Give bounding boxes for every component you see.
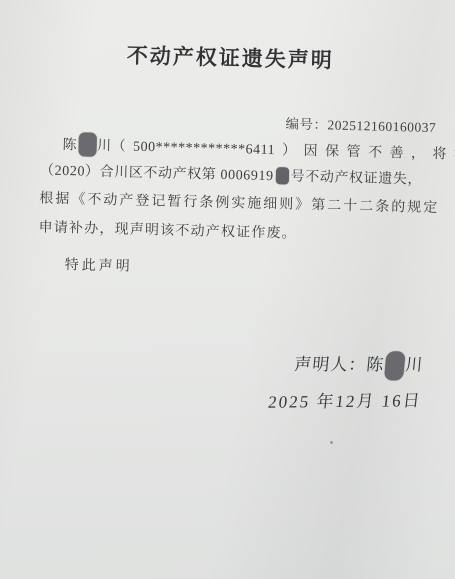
- certificate-number-prefix: （2020）合川区不动产权第 0006919: [40, 163, 274, 184]
- document-number-label: 编号：: [285, 116, 327, 132]
- body-line-2-text: 号不动产权证遗失，: [290, 169, 422, 187]
- declaration-document: 不动产权证遗失声明 编号：202512160160037 陈川（ 500****…: [0, 0, 455, 579]
- signature-line: 声明人：陈川: [293, 350, 425, 380]
- signature-label: 声明人：: [294, 355, 368, 374]
- body-line-1-text: （ 500************6411 ） 因 保 管 不 善 ， 将 渝: [111, 139, 455, 163]
- signature-name-last: 川: [405, 355, 425, 374]
- declarant-name-first: 陈: [62, 138, 77, 153]
- redaction-blob-signature: [384, 351, 406, 380]
- document-photo: 不动产权证遗失声明 编号：202512160160037 陈川（ 500****…: [0, 0, 455, 579]
- signature-name-first: 陈: [366, 355, 386, 374]
- document-number-value: 202512160160037: [327, 117, 436, 135]
- declaration-body: 陈川（ 500************6411 ） 因 保 管 不 善 ， 将 …: [38, 131, 431, 254]
- redaction-blob-name: [78, 132, 97, 156]
- paper-speck: [330, 441, 333, 444]
- document-number-line: 编号：202512160160037: [285, 112, 436, 136]
- handwritten-date: 2025 年12月 16日: [267, 386, 423, 413]
- closing-statement: 特此声明: [64, 254, 132, 276]
- document-title: 不动产权证遗失声明: [3, 36, 455, 77]
- declarant-name-last: 川: [97, 139, 112, 154]
- redaction-blob-certificate: [275, 167, 288, 184]
